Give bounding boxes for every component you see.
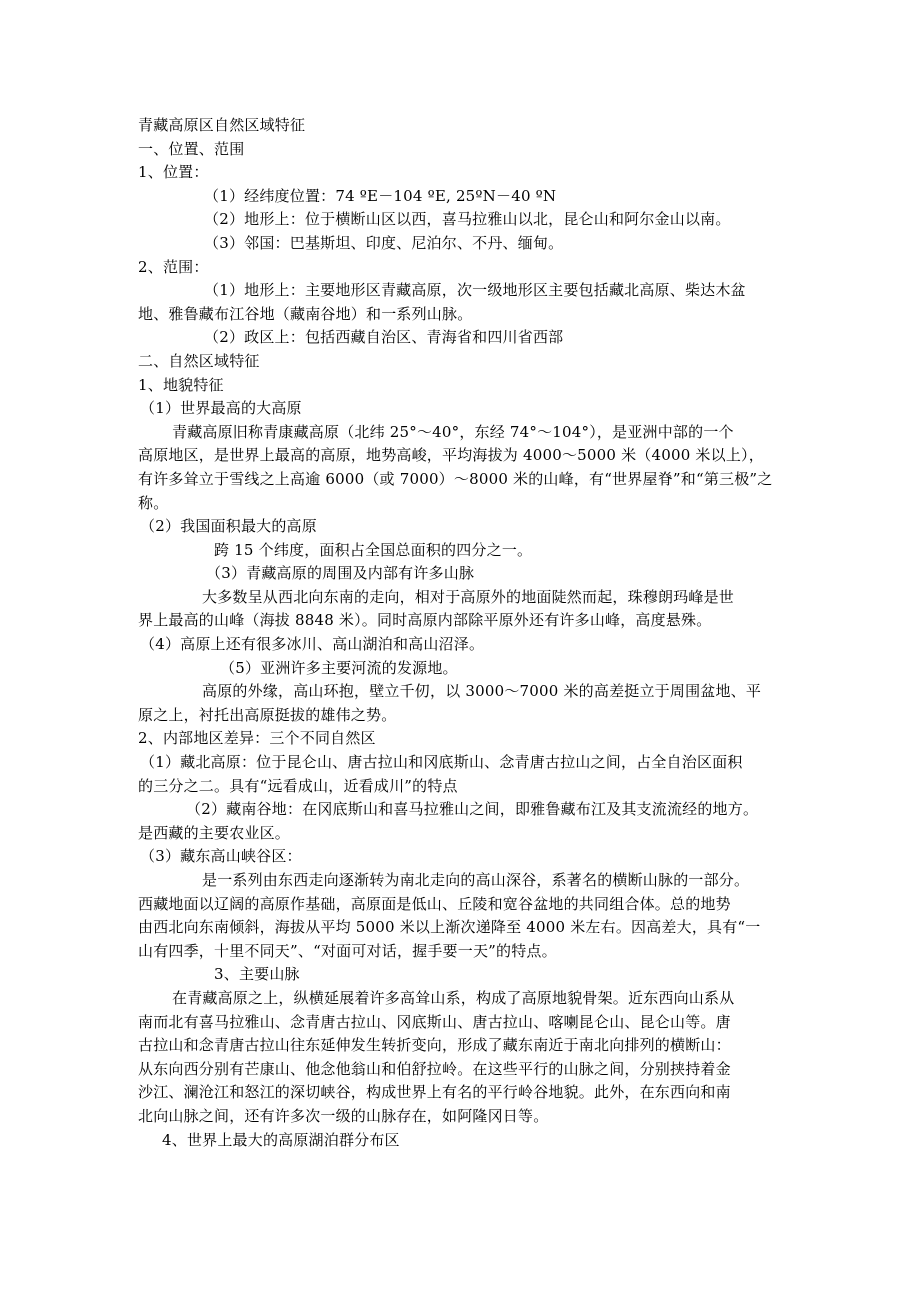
list-item: （1）世界最高的大高原 <box>138 397 778 421</box>
paragraph-line: 古拉山和念青唐古拉山往东延伸发生转折变向，形成了藏东南近于南北向排列的横断山： <box>138 1034 778 1058</box>
paragraph-line: 跨 15 个纬度，面积占全国总面积的四分之一。 <box>138 539 778 563</box>
paragraph-line: 高原地区，是世界上最高的高原，地势高峻，平均海拔为 4000～5000 米（40… <box>138 444 778 468</box>
list-item: （1）藏北高原：位于昆仑山、唐古拉山和冈底斯山、念青唐古拉山之间，占全自治区面积 <box>138 751 778 775</box>
paragraph-line: 原之上，衬托出高原挺拔的雄伟之势。 <box>138 704 778 728</box>
list-item: （5）亚洲许多主要河流的发源地。 <box>138 657 778 681</box>
paragraph-line: 是一系列由东西走向逐渐转为南北走向的高山深谷，系著名的横断山脉的一部分。 <box>138 869 778 893</box>
list-item: （3）青藏高原的周围及内部有许多山脉 <box>138 562 778 586</box>
subsection-heading: 3、主要山脉 <box>138 963 778 987</box>
paragraph-line: 的三分之二。具有“远看成山，近看成川”的特点 <box>138 775 778 799</box>
paragraph-line: 大多数呈从西北向东南的走向，相对于高原外的地面陡然而起，珠穆朗玛峰是世 <box>138 586 778 610</box>
subsection-heading: 2、范围： <box>138 256 778 280</box>
paragraph-line: 从东向西分别有芒康山、他念他翁山和伯舒拉岭。在这些平行的山脉之间，分别挟持着金 <box>138 1058 778 1082</box>
list-item: （1）地形上：主要地形区青藏高原，次一级地形区主要包括藏北高原、柴达木盆 <box>138 279 778 303</box>
paragraph-line: 界上最高的山峰（海拔 8848 米）。同时高原内部除平原外还有许多山峰，高度悬殊… <box>138 609 778 633</box>
list-item: （2）藏南谷地：在冈底斯山和喜马拉雅山之间，即雅鲁藏布江及其支流流经的地方。 <box>138 798 778 822</box>
paragraph-line: 西藏地面以辽阔的高原作基础，高原面是低山、丘陵和宽谷盆地的共同组合体。总的地势 <box>138 893 778 917</box>
subsection-heading: 2、内部地区差异：三个不同自然区 <box>138 727 778 751</box>
paragraph-line: 南而北有喜马拉雅山、念青唐古拉山、冈底斯山、唐古拉山、喀喇昆仑山、昆仑山等。唐 <box>138 1011 778 1035</box>
list-item: （4）高原上还有很多冰川、高山湖泊和高山沼泽。 <box>138 633 778 657</box>
document-page: 青藏高原区自然区域特征 一、位置、范围 1、位置： （1）经纬度位置：74 ºE… <box>138 114 778 1152</box>
paragraph-line: 北向山脉之间，还有许多次一级的山脉存在，如阿隆冈日等。 <box>138 1105 778 1129</box>
section-heading: 二、自然区域特征 <box>138 350 778 374</box>
section-heading: 一、位置、范围 <box>138 138 778 162</box>
paragraph-line: 地、雅鲁藏布江谷地（藏南谷地）和一系列山脉。 <box>138 303 778 327</box>
list-item: （1）经纬度位置：74 ºE－104 ºE, 25ºN－40 ºN <box>138 185 778 209</box>
subsection-heading: 4、世界上最大的高原湖泊群分布区 <box>138 1129 778 1153</box>
paragraph-line: 是西藏的主要农业区。 <box>138 822 778 846</box>
list-item: （3）藏东高山峡谷区： <box>138 845 778 869</box>
paragraph-line: 有许多耸立于雪线之上高逾 6000（或 7000）～8000 米的山峰，有“世界… <box>138 468 778 492</box>
paragraph-line: 山有四季，十里不同天”、“对面可对话，握手要一天”的特点。 <box>138 940 778 964</box>
paragraph-line: 在青藏高原之上，纵横延展着许多高耸山系，构成了高原地貌骨架。近东西向山系从 <box>138 987 778 1011</box>
list-item: （2）我国面积最大的高原 <box>138 515 778 539</box>
subsection-heading: 1、地貌特征 <box>138 374 778 398</box>
list-item: （3）邻国：巴基斯坦、印度、尼泊尔、不丹、缅甸。 <box>138 232 778 256</box>
paragraph-line: 由西北向东南倾斜，海拔从平均 5000 米以上渐次递降至 4000 米左右。因高… <box>138 916 778 940</box>
paragraph-line: 称。 <box>138 492 778 516</box>
paragraph-line: 沙江、澜沧江和怒江的深切峡谷，构成世界上有名的平行岭谷地貌。此外，在东西向和南 <box>138 1081 778 1105</box>
document-title: 青藏高原区自然区域特征 <box>138 114 778 138</box>
list-item: （2）地形上：位于横断山区以西，喜马拉雅山以北，昆仑山和阿尔金山以南。 <box>138 208 778 232</box>
paragraph-line: 青藏高原旧称青康藏高原（北纬 25°～40°，东经 74°～104°），是亚洲中… <box>138 421 778 445</box>
subsection-heading: 1、位置： <box>138 161 778 185</box>
list-item: （2）政区上：包括西藏自治区、青海省和四川省西部 <box>138 326 778 350</box>
paragraph-line: 高原的外缘，高山环抱，壁立千仞，以 3000～7000 米的高差挺立于周围盆地、… <box>138 680 778 704</box>
